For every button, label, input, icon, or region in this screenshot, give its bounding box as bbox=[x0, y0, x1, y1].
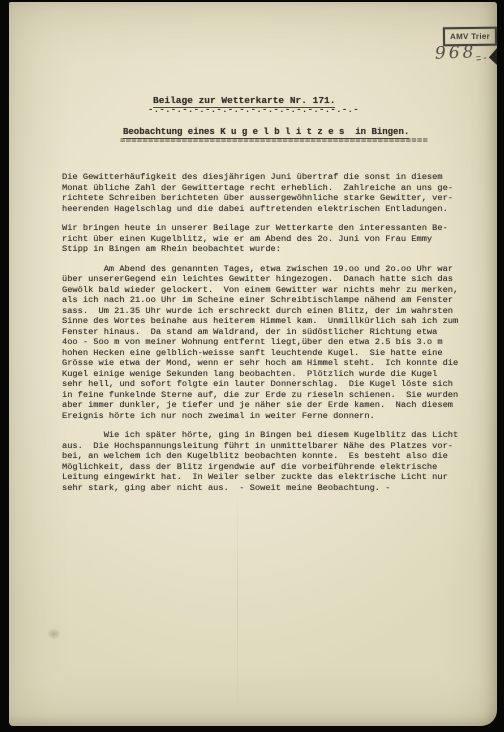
paper-smudge bbox=[47, 628, 61, 640]
paragraph-aftermath: Wie ich später hörte, ging in Bingen bei… bbox=[62, 430, 482, 493]
subtitle-double-underline: ========================================… bbox=[120, 137, 428, 146]
title-dash-underline: -.-.-.-.-.-.-.-.-.-.-.-.-.-.-.-.-.-.- bbox=[148, 105, 359, 115]
paragraph-report-lead: Wir bringen heute in unserer Beilage zur… bbox=[62, 223, 482, 255]
handwritten-number: 968 bbox=[435, 42, 477, 63]
archive-stamp-label: AMV Trier bbox=[450, 32, 490, 41]
handwritten-scribble: =- bbox=[475, 51, 490, 67]
paragraph-observation: Am Abend des genannten Tages, etwa zwisc… bbox=[62, 264, 482, 422]
paragraph-intro: Die Gewitterhäufigkeit des diesjährigen … bbox=[62, 172, 482, 214]
document-body: Die Gewitterhäufigkeit des diesjährigen … bbox=[62, 172, 482, 502]
paper-crease bbox=[237, 482, 238, 726]
document-page: AMV Trier 968 =- Beilage zur Wetterkarte… bbox=[9, 2, 497, 726]
